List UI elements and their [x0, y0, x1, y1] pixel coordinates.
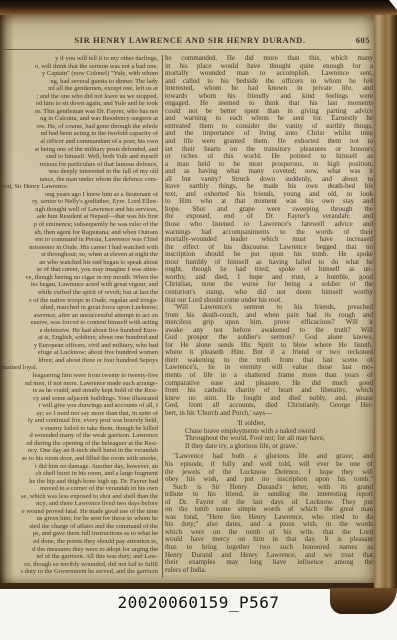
text-line: d wounded many of the weak garrison. Law…	[2, 432, 158, 440]
text-line: God, from all accounts, died Christianly…	[165, 402, 373, 410]
text-line: ensive, was forced to content himself wi…	[2, 319, 158, 327]
page-number: 605	[356, 35, 370, 45]
text-line: in his place would have thought quite en…	[165, 63, 373, 71]
text-line: of Dr. Fayrer of the last days of Luckno…	[165, 499, 373, 507]
text-line: hope. Shot and grape were sweeping throu…	[165, 206, 373, 214]
text-line: towards whom his friendly and kind feeli…	[165, 93, 373, 101]
text-line: for He alone sends His Spirit to blow wh…	[165, 342, 373, 350]
text-line: "Lawrence had both a glorious life and g…	[165, 453, 373, 461]
text-line: their wakening to the truth from that la…	[165, 357, 373, 365]
text-line: ow. He, of course, had gone through the …	[2, 123, 158, 131]
text-line: Such is Sir Henry Durand's letter, with …	[165, 484, 373, 492]
text-line: leave earthly things, he made his own de…	[165, 183, 373, 191]
text-line: efuge at Lucknow; about five hundred wom…	[2, 349, 158, 357]
text-line: ent to command in Persia, Lawrence was C…	[2, 236, 158, 244]
text-line: ced, Sir Henry Lawrence.	[2, 183, 158, 191]
text-line: ade him Resident at Nepaul—that was his …	[2, 213, 158, 221]
text-line: t did him no damage. Another day, howeve…	[2, 463, 158, 471]
text-line: ly and continual fire, every post was br…	[2, 417, 158, 425]
text-line: nd men, if not more. Lawrence made such …	[2, 380, 158, 388]
text-line: the exposed, end of Dr. Fayrer's veranda…	[165, 213, 373, 221]
text-line: s duty to the Government he served, and …	[2, 568, 158, 576]
book-top-edge	[0, 0, 397, 15]
text-line: was fond, "Here lies Henry Lawrence, who…	[165, 514, 373, 522]
running-header: SIR HENRY LAWRENCE AND SIR HENRY DURAND.…	[10, 35, 370, 47]
text-line: tribute to his friend, in sending the in…	[165, 491, 373, 499]
text-line: r will give you drawings and accounts of…	[2, 402, 158, 410]
text-line: from his death-couch, and when pain had …	[165, 312, 373, 320]
text-line: nxious for particulars of that famous de…	[2, 161, 158, 169]
text-line: merciless grip upon him, prove efficacio…	[165, 319, 373, 327]
text-line: al officer and commandant of a post; his…	[2, 138, 158, 146]
text-line: worthy, and died, I hope and trust, a hu…	[165, 274, 373, 282]
text-line: e enemy failed to take them, though he k…	[2, 425, 158, 433]
text-line: and as having what many coveted; now, wh…	[165, 168, 373, 176]
text-line: to Him who at that moment was his own st…	[165, 198, 373, 206]
text-line: centurion's stamp, who did not deem hims…	[165, 289, 373, 297]
text-line: the effect of his discourse. Lawrence be…	[165, 244, 373, 252]
text-line: and warning to each whom he sent for. Ea…	[165, 115, 373, 123]
text-line: ed him to sit down again, and Yule and h…	[2, 100, 158, 108]
scanned-book-photo: SIR HENRY LAWRENCE AND SIR HENRY DURAND.…	[0, 0, 397, 640]
right-column: he commanded. He did more than this, whi…	[165, 55, 373, 574]
text-line: from his catholic charity of heart and l…	[165, 387, 373, 395]
text-line: could not be better spent than in giving…	[165, 108, 373, 116]
text-line: ed done, the points they should pay atte…	[2, 538, 158, 546]
text-line: ts as he could, and stoutly kept hold of…	[2, 387, 158, 395]
text-line: ief of the garrison. All this was duty; …	[2, 553, 158, 561]
text-block: y if you will tell it to my other darlin…	[0, 55, 374, 583]
text-line: d the measures they were to adopt for ur…	[2, 546, 158, 554]
text-line: warnings had accompaniments to the words…	[165, 229, 373, 237]
text-line: nd all the gentlemen, except one, left u…	[2, 85, 158, 93]
text-line: ab, then agent for Rajputana; and when O…	[2, 229, 158, 237]
catalog-id-label: 20020060159_P567	[0, 593, 397, 613]
text-line: entreated them to consider the vanity of…	[165, 123, 373, 131]
text-line: on the tomb some simple words of which t…	[165, 506, 373, 514]
text-line: Chase brave employments with a naked swo…	[165, 428, 373, 436]
text-line: tance, the man under whom the defence co…	[2, 176, 158, 184]
text-line: mortally wounded man to accomplish. Lawr…	[165, 70, 373, 78]
header-title: SIR HENRY LAWRENCE AND SIR HENRY DURAND.	[74, 35, 305, 45]
text-line: the jewels of the Lucknow Defence. I hop…	[165, 469, 373, 477]
text-line: comparative ease and pleasure. He did mu…	[165, 380, 373, 388]
text-line: text, and exhorted his friends, young an…	[165, 191, 373, 199]
text-line: ugh thought well of Lawrence and his ser…	[2, 206, 158, 214]
text-line: ncy; and there Lawrence lived two days b…	[2, 500, 158, 508]
text-line: mained loyal.	[2, 364, 158, 372]
text-line: engaged. He seemed to think that his las…	[165, 100, 373, 108]
page-paper: SIR HENRY LAWRENCE AND SIR HENRY DURAND.…	[0, 15, 374, 583]
text-line: Lawrence's, he in eternity will value th…	[165, 364, 373, 372]
text-line: most humbly of himself as having failed …	[165, 259, 373, 267]
text-line: missioner in Oude. His career I had watc…	[2, 244, 158, 252]
text-line: those who listened to Lawrence's farewel…	[165, 221, 373, 229]
text-line: e wound proved fatal. He made good use o…	[2, 508, 158, 516]
text-line: knew no stint. He fought and died nobly,…	[165, 395, 373, 403]
text-line: ments of life in a shattered frame more …	[165, 372, 373, 380]
text-line: ldren; and about three or four hundred S…	[2, 357, 158, 365]
text-line: thus to bring together two such honoured…	[165, 544, 373, 552]
text-line: interested, whom he had known in private…	[165, 85, 373, 93]
text-line: an who watched his end began to speak ab…	[2, 259, 158, 267]
text-line: or riches of this world. He pointed to h…	[165, 153, 373, 161]
text-line: ; and the one who did not leave us we st…	[2, 93, 158, 101]
header-rule	[4, 49, 371, 50]
text-line: bert, in his 'Church and Porch,' says—	[165, 410, 373, 418]
text-line: If they dare try, a glorious life, or gr…	[165, 443, 373, 451]
book-page: SIR HENRY LAWRENCE AND SIR HENRY DURAND.…	[0, 0, 397, 589]
text-line: a man held to be most prosperous, in hig…	[165, 161, 373, 169]
column-divider	[162, 55, 163, 578]
text-line: Christian, none the worse for being a so…	[165, 281, 373, 289]
text-line: his duty;" also dates, and a pious wish,…	[165, 521, 373, 529]
text-line: ong years ago I knew him as a lieutenant…	[2, 191, 158, 199]
text-line: m. This gentleman was Dr. Fayrer, who ha…	[2, 108, 158, 116]
text-line: y European officers, civil and military,…	[2, 342, 158, 350]
text-line: ke the hip and thigh-bone high up. Dr. F…	[2, 478, 158, 486]
text-line: e defensive. He had about five hundred E…	[2, 327, 158, 335]
text-line: at is, English, soldiers; about one hund…	[2, 334, 158, 342]
text-line: us given him; for he sent for those to w…	[2, 515, 158, 523]
text-line: his episode, if fully and well told, wil…	[165, 461, 373, 469]
text-line: would have mercy on him in that day. It …	[165, 536, 373, 544]
text-line: se, which was less exposed to shot and s…	[2, 493, 158, 501]
text-line: and called to his bedside the officers i…	[165, 78, 373, 86]
text-line: se of that career, you may imagine I was…	[2, 266, 158, 274]
text-line: ng, had several guests to dinner. The la…	[2, 78, 158, 86]
text-line: "Will Lawrence's sermon to his friends, …	[165, 304, 373, 312]
text-line: while curbed the spirit of revolt; but a…	[2, 289, 158, 297]
text-line: he commanded. He did more than this, whi…	[165, 55, 373, 63]
text-line: st throughout; so, when at eleven at nig…	[2, 251, 158, 259]
text-line: s of the native troops in Oude, regular …	[2, 297, 158, 305]
text-line: moved to a corner of the verandah in his…	[2, 485, 158, 493]
text-line: which were on the tomb of his wife, that…	[165, 529, 373, 537]
text-line: se to his room door, and filled the room…	[2, 455, 158, 463]
text-line: their examples may long have influence a…	[165, 559, 373, 567]
text-line: ce, though so terribly wounded, did not …	[2, 561, 158, 569]
text-line: sted to himself. Well, both Yule and mys…	[2, 153, 158, 161]
text-line: awrence, after an unsuccessful attempt t…	[2, 312, 158, 320]
text-line: ve, though having no cigar in my mouth. …	[2, 274, 158, 282]
text-line: cy and some adjacent buildings. Your ill…	[2, 395, 158, 403]
text-line: sted the charge of affairs and the comma…	[2, 523, 158, 531]
text-line: nd had been acting in the twofold capaci…	[2, 130, 158, 138]
text-line: ch shell burst in his room, and a large …	[2, 470, 158, 478]
text-line: and life were granted them. He exhorted …	[165, 138, 373, 146]
text-line: y if you will tell it to my other darlin…	[2, 55, 158, 63]
text-line: awake any not before awakened to the tru…	[165, 327, 373, 335]
left-column: y if you will tell it to my other darlin…	[2, 55, 158, 576]
text-line: leaguering him were from twenty to twent…	[2, 372, 158, 380]
text-line: ay; so I need not say more than that, in…	[2, 410, 158, 418]
text-line: and the importance of living unto Christ…	[165, 130, 373, 138]
text-line: o, will think that the sermon was not a …	[2, 63, 158, 71]
text-line: ies began, Lawrence acted with great vig…	[2, 281, 158, 289]
text-line: mortally-wounded leader which must have …	[165, 236, 373, 244]
text-line: ed during the opening of the beleaguer a…	[2, 440, 158, 448]
text-line: all but vanity? Struck down suddenly, an…	[165, 176, 373, 184]
text-line: ng in Calcutta, and was Residency surgeo…	[2, 115, 158, 123]
text-line: rulers of India.	[165, 567, 373, 575]
text-line: God prosper the soldier's sermon? God al…	[165, 334, 373, 342]
text-line: ncy. One day an 8-inch shell burst in th…	[2, 447, 158, 455]
text-line: set their hearts on the transitory pleas…	[165, 146, 373, 154]
page-edges	[374, 0, 397, 589]
text-line: ry, senior to Nelly's godfather, Eyre. L…	[2, 198, 158, 206]
text-line: obey his wish, and put no inscription up…	[165, 476, 373, 484]
text-line: olted, marched in great force upon Luckn…	[2, 304, 158, 312]
text-line: Henry Durand and Henry Lawrence, and we …	[165, 552, 373, 560]
text-line: p of eminence; subsequently he was ruler…	[2, 221, 158, 229]
text-line: st being one of the military posts defen…	[2, 146, 158, 154]
text-line: ps, and gave them full instructions as t…	[2, 530, 158, 538]
text-line: Throughout the world. Fool not; for all …	[165, 435, 373, 443]
text-line: y Captain" (now Colonel) "Yule, with who…	[2, 70, 158, 78]
text-line: 'If soldier,	[165, 420, 373, 428]
text-line: that our Lord should come under his roof…	[165, 297, 373, 305]
text-line: inscription should be put upon his tomb.…	[165, 251, 373, 259]
text-line: where it pleaseth Him. But if a friend o…	[165, 349, 373, 357]
text-line: was deeply interested in the fall of my …	[2, 168, 158, 176]
text-line: ought, though he had tried; spoke of him…	[165, 266, 373, 274]
